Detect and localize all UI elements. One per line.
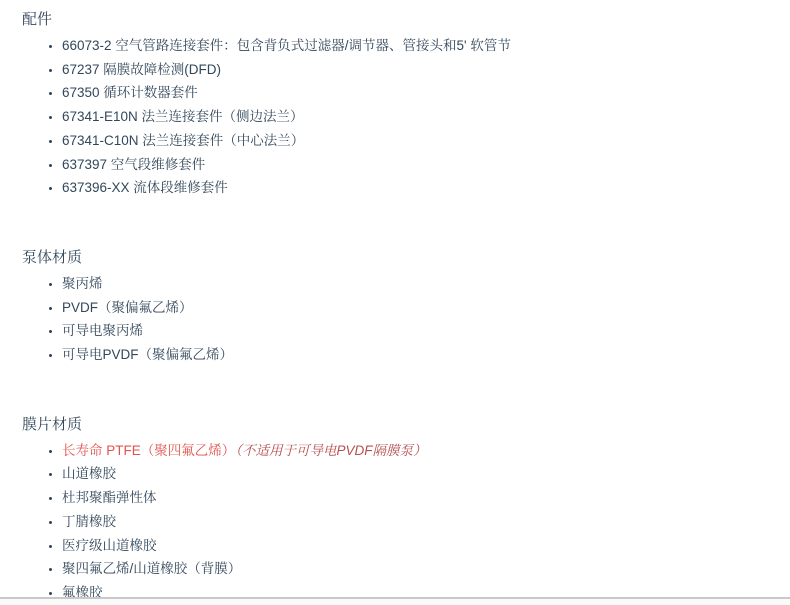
- section-heading: 泵体材质: [22, 250, 770, 266]
- list-item-text: 可导电聚丙烯: [62, 323, 143, 338]
- list-item: PVDF（聚偏氟乙烯）: [62, 296, 770, 320]
- list-item: 山道橡胶: [62, 462, 770, 486]
- list-item-text: 杜邦聚酯弹性体: [62, 490, 157, 505]
- list-item-note: （不适用于可导电PVDF隔膜泵）: [235, 443, 426, 458]
- list-item: 可导电PVDF（聚偏氟乙烯）: [62, 343, 770, 367]
- list-item: 66073-2 空气管路连接套件：包含背负式过滤器/调节器、管接头和5' 软管节: [62, 34, 770, 58]
- list-item-text: 聚四氟乙烯/山道橡胶（背膜）: [62, 561, 241, 576]
- list-item-text: 聚丙烯: [62, 276, 103, 291]
- list-item-text: 67341-E10N 法兰连接套件（侧边法兰）: [62, 109, 304, 124]
- list-item: 医疗级山道橡胶: [62, 534, 770, 558]
- list-item-text: 67237 隔膜故障检测(DFD): [62, 62, 221, 77]
- list-item: 聚丙烯: [62, 272, 770, 296]
- list-item-text: 66073-2 空气管路连接套件：包含背负式过滤器/调节器、管接头和5' 软管节: [62, 38, 511, 53]
- list-item: 可导电聚丙烯: [62, 319, 770, 343]
- section: 配件66073-2 空气管路连接套件：包含背负式过滤器/调节器、管接头和5' 软…: [22, 12, 770, 200]
- list-item-text: 丁腈橡胶: [62, 514, 116, 529]
- list-item: 聚四氟乙烯/山道橡胶（背膜）: [62, 557, 770, 581]
- list-item-text: 长寿命 PTFE（聚四氟乙烯）: [62, 443, 235, 458]
- list-item-text: 637396-XX 流体段维修套件: [62, 180, 228, 195]
- section-list: 66073-2 空气管路连接套件：包含背负式过滤器/调节器、管接头和5' 软管节…: [22, 34, 770, 200]
- list-item-text: 医疗级山道橡胶: [62, 538, 157, 553]
- list-item-text: 山道橡胶: [62, 466, 116, 481]
- content: 配件66073-2 空气管路连接套件：包含背负式过滤器/调节器、管接头和5' 软…: [0, 0, 790, 605]
- list-item-text: 67350 循环计数器套件: [62, 85, 198, 100]
- list-item: 67341-C10N 法兰连接套件（中心法兰）: [62, 129, 770, 153]
- list-item: 67237 隔膜故障检测(DFD): [62, 58, 770, 82]
- section-heading: 膜片材质: [22, 417, 770, 433]
- section: 泵体材质聚丙烯PVDF（聚偏氟乙烯）可导电聚丙烯可导电PVDF（聚偏氟乙烯）: [22, 250, 770, 367]
- list-item: 丁腈橡胶: [62, 510, 770, 534]
- list-item: 637396-XX 流体段维修套件: [62, 176, 770, 200]
- list-item-text: 67341-C10N 法兰连接套件（中心法兰）: [62, 133, 304, 148]
- document-page: 配件66073-2 空气管路连接套件：包含背负式过滤器/调节器、管接头和5' 软…: [0, 0, 790, 605]
- section: 膜片材质长寿命 PTFE（聚四氟乙烯）（不适用于可导电PVDF隔膜泵）山道橡胶杜…: [22, 417, 770, 605]
- below-divider-space: [0, 599, 790, 605]
- list-item: 67341-E10N 法兰连接套件（侧边法兰）: [62, 105, 770, 129]
- section-list: 长寿命 PTFE（聚四氟乙烯）（不适用于可导电PVDF隔膜泵）山道橡胶杜邦聚酯弹…: [22, 439, 770, 605]
- list-item-text: PVDF（聚偏氟乙烯）: [62, 300, 193, 315]
- list-item-text: 637397 空气段维修套件: [62, 157, 205, 172]
- list-item: 杜邦聚酯弹性体: [62, 486, 770, 510]
- list-item: 637397 空气段维修套件: [62, 153, 770, 177]
- section-heading: 配件: [22, 12, 770, 28]
- section-list: 聚丙烯PVDF（聚偏氟乙烯）可导电聚丙烯可导电PVDF（聚偏氟乙烯）: [22, 272, 770, 367]
- list-item: 长寿命 PTFE（聚四氟乙烯）（不适用于可导电PVDF隔膜泵）: [62, 439, 770, 463]
- list-item-text: 可导电PVDF（聚偏氟乙烯）: [62, 347, 233, 362]
- list-item: 67350 循环计数器套件: [62, 81, 770, 105]
